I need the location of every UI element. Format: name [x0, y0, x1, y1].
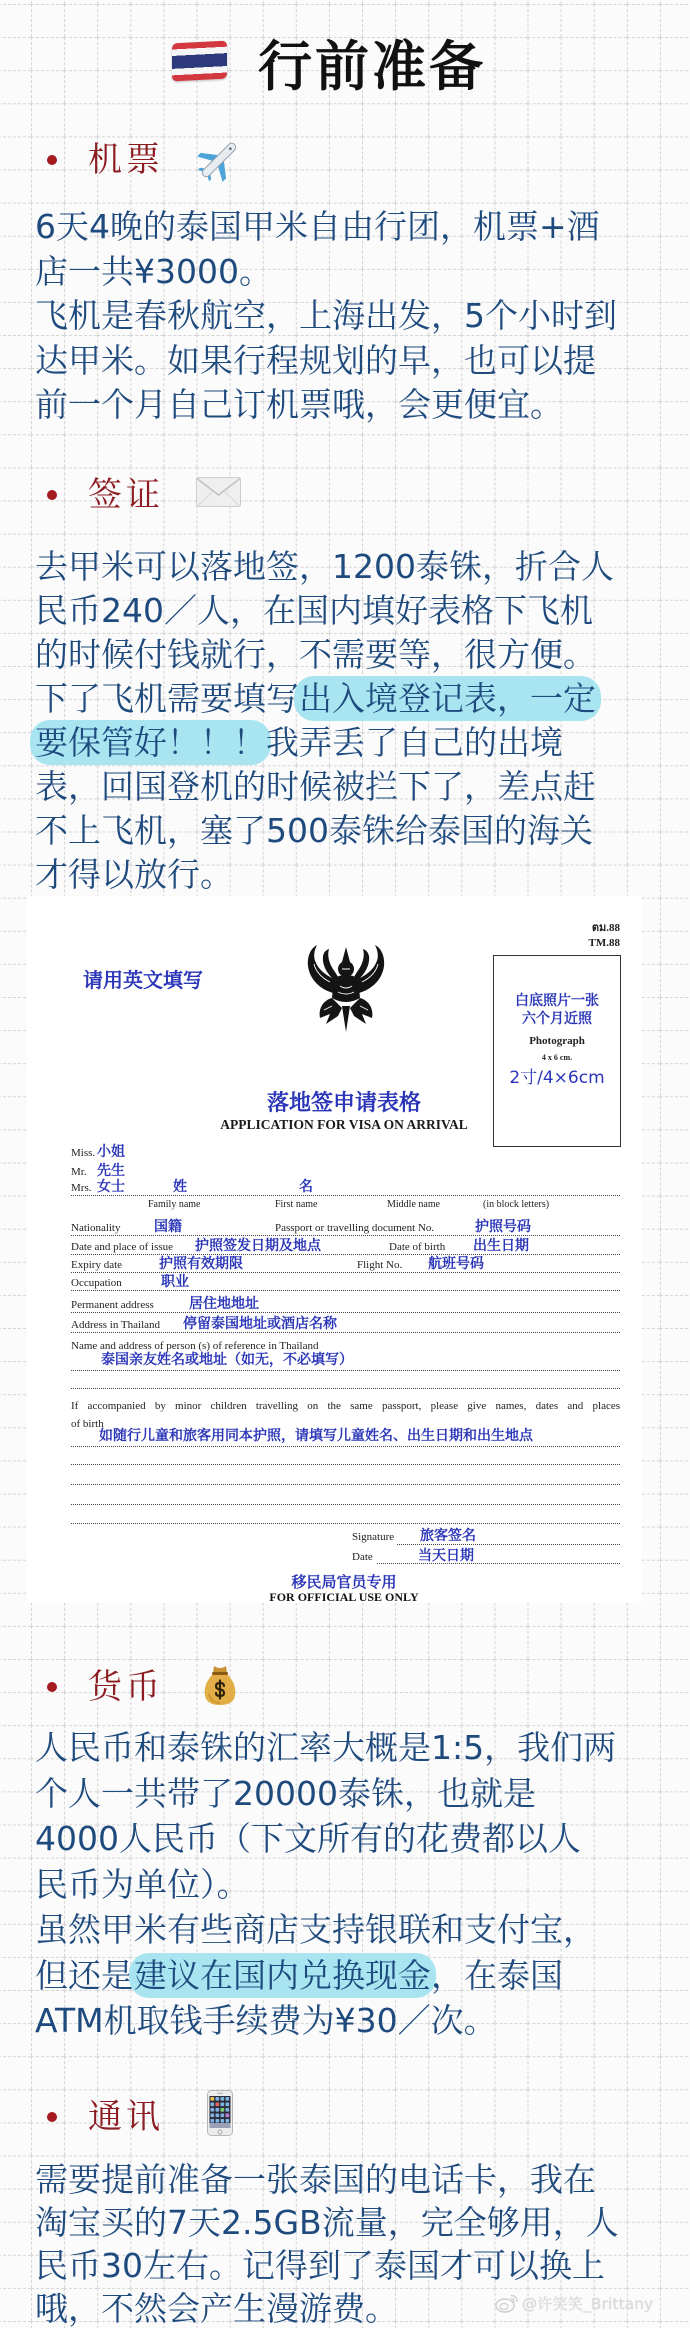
date-label: Date: [352, 1549, 373, 1565]
title-hint: 女士: [97, 1178, 125, 1196]
text-segment: 不上飞机，塞了500泰铢给泰国的海关: [35, 811, 593, 850]
form-row-issue: Date and place of issue 护照签发日期及地点 Date o…: [27, 1239, 642, 1255]
watermark-text: @许笑笑_Brittany: [522, 2293, 653, 2314]
block-letters-note: (in block letters): [483, 1198, 549, 1212]
photo-recency: 六个月近照: [494, 1010, 620, 1028]
photo-box: 白底照片一张 六个月近照 Photograph 4 x 6 cm. 2寸/4×6…: [493, 955, 621, 1147]
text-line: 民币为单位）。: [35, 1862, 616, 1908]
text-segment: 民币240／人，在国内填好表格下飞机: [35, 591, 593, 630]
bullet-dot: [47, 490, 57, 500]
section-title: 通讯: [88, 2095, 164, 2139]
form-instruction: 请用英文填写: [83, 968, 203, 992]
section-heading: 通讯: [0, 2095, 690, 2139]
form-rule: [71, 1504, 620, 1505]
nationality-hint: 国籍: [154, 1218, 182, 1236]
form-rule: [71, 1332, 620, 1333]
highlighted-text: 要保管好！！！: [30, 720, 271, 765]
highlighted-text: 建议在国内兑换现金: [129, 1953, 436, 1998]
text-segment: ，在泰国: [431, 1956, 563, 1995]
section-heading: 机票: [0, 138, 690, 182]
text-segment: 民币30左右。记得到了泰国才可以换上: [35, 2246, 605, 2285]
text-line: 不上飞机，塞了500泰铢给泰国的海关: [35, 809, 614, 853]
section-body: 6天4晚的泰国甲米自由行团，机票+酒店一共¥3000。飞机是春秋航空，上海出发，…: [35, 205, 617, 428]
section-body: 人民币和泰铢的汇率大概是1:5，我们两个人一共带了20000泰铢，也就是4000…: [35, 1725, 616, 2044]
text-segment: 人民币和泰铢的汇率大概是1:5，我们两: [35, 1728, 616, 1767]
text-line: 下了飞机需要填写出入境登记表，一定: [35, 677, 614, 721]
issue-hint: 护照签发日期及地点: [195, 1237, 321, 1255]
middle-name-label: Middle name: [387, 1198, 440, 1212]
text-segment: 淘宝买的7天2.5GB流量，完全够用，人: [35, 2203, 619, 2242]
text-line: 去甲米可以落地签，1200泰铢，折合人: [35, 545, 614, 589]
text-line: 人民币和泰铢的汇率大概是1:5，我们两: [35, 1725, 616, 1771]
first-name-hint: 名: [299, 1178, 313, 1196]
bullet-dot: [47, 155, 57, 165]
envelope-icon: [196, 477, 241, 507]
form-row-occupation: Occupation 职业: [27, 1275, 642, 1291]
form-row-reference-hint: 泰国亲友姓名或地址（如无，不必填写）: [27, 1353, 642, 1369]
text-line: 要保管好！！！我弄丢了自己的出境: [35, 721, 614, 765]
text-line: 6天4晚的泰国甲米自由行团，机票+酒: [35, 205, 617, 250]
text-segment: 去甲米可以落地签，1200泰铢，折合人: [35, 547, 614, 586]
bullet-dot: [47, 2112, 57, 2122]
official-use-chinese: 移民局官员专用: [291, 1573, 396, 1591]
text-segment: 的时候付钱就行，不需要等，很方便。: [35, 635, 596, 674]
text-segment: 下了飞机需要填写: [35, 679, 299, 718]
text-segment: 4000人民币（下文所有的花费都以人: [35, 1819, 581, 1858]
form-rule: [71, 1464, 620, 1465]
family-name-hint: 姓: [173, 1178, 187, 1196]
title-label: Mr.: [71, 1164, 87, 1180]
text-line: 飞机是春秋航空，上海出发，5个小时到: [35, 294, 617, 339]
dob-label: Date of birth: [389, 1239, 445, 1255]
highlighted-text: 出入境登记表，一定: [294, 676, 601, 721]
text-line: 民币30左右。记得到了泰国才可以换上: [35, 2244, 619, 2287]
text-segment: 6天4晚的泰国甲米自由行团，机票+酒: [35, 207, 600, 246]
text-line: 但还是建议在国内兑换现金，在泰国: [35, 1953, 616, 1999]
passport-no-label: Passport or travelling document No.: [275, 1220, 434, 1236]
text-segment: 表，回国登机的时候被拦下了，差点赶: [35, 767, 596, 806]
photo-requirement: 白底照片一张: [494, 992, 620, 1010]
text-segment: 店一共¥3000。: [35, 252, 272, 291]
form-row-name-labels: Family name First name Middle name (in b…: [27, 1198, 642, 1214]
title-hint: 小姐: [97, 1143, 125, 1161]
first-name-label: First name: [275, 1198, 318, 1212]
watermark: @许笑笑_Brittany: [495, 2292, 653, 2314]
family-name-label: Family name: [148, 1198, 201, 1212]
mobile-phone-icon: [207, 2090, 233, 2136]
text-line: ATM机取钱手续费为¥30／次。: [35, 1998, 616, 2044]
section-title: 机票: [88, 138, 164, 182]
dob-hint: 出生日期: [473, 1237, 529, 1255]
text-segment: 飞机是春秋航空，上海出发，5个小时到: [35, 296, 617, 335]
form-title-chinese: 落地签申请表格: [267, 1091, 421, 1117]
visa-application-form-image: 请用英文填写 ตม.88 TM.88 白底照片一张 六个月近照: [27, 896, 642, 1603]
bullet-dot: [47, 1682, 57, 1692]
text-segment: 我弄丢了自己的出境: [266, 723, 563, 762]
text-line: 才得以放行。: [35, 853, 614, 897]
form-rule: [71, 1195, 620, 1196]
photo-size: 4 x 6 cm.: [494, 1053, 620, 1063]
form-rule: [71, 1484, 620, 1485]
text-line: 淘宝买的7天2.5GB流量，完全够用，人: [35, 2201, 619, 2244]
expiry-label: Expiry date: [71, 1257, 122, 1273]
text-segment: 才得以放行。: [35, 855, 233, 894]
passport-no-hint: 护照号码: [475, 1218, 531, 1236]
form-rule: [71, 1235, 620, 1236]
official-use-english: FOR OFFICIAL USE ONLY: [269, 1590, 418, 1603]
form-rule: [71, 1388, 620, 1389]
address-thailand-hint: 停留泰国地址或酒店名称: [183, 1315, 337, 1333]
permanent-address-label: Permanent address: [71, 1297, 154, 1313]
flight-hint: 航班号码: [428, 1255, 484, 1273]
page-title: 行前准备: [258, 36, 486, 98]
text-segment: 哦，不然会产生漫游费。: [35, 2289, 398, 2328]
text-line: 需要提前准备一张泰国的电话卡，我在: [35, 2158, 619, 2201]
title-label: Mrs.: [71, 1180, 91, 1196]
form-row-children-hint: 如随行儿童和旅客用同本护照，请填写儿童姓名、出生日期和出生地点: [27, 1429, 642, 1445]
form-row-address-thailand: Address in Thailand 停留泰国地址或酒店名称: [27, 1317, 642, 1333]
form-row-permanent-address: Permanent address 居住地地址: [27, 1297, 642, 1313]
weibo-icon: [495, 2293, 519, 2313]
section-body: 去甲米可以落地签，1200泰铢，折合人民币240／人，在国内填好表格下飞机的时候…: [35, 545, 614, 897]
text-line: 达甲米。如果行程规划的早，也可以提: [35, 339, 617, 384]
flight-label: Flight No.: [357, 1257, 402, 1273]
title-label: Miss.: [71, 1145, 95, 1161]
reference-hint: 泰国亲友姓名或地址（如无，不必填写）: [101, 1351, 353, 1369]
form-row-nationality: Nationality 国籍 Passport or travelling do…: [27, 1220, 642, 1236]
text-line: 虽然甲米有些商店支持银联和支付宝，: [35, 1907, 616, 1953]
form-row-signature: Signature 旅客签名: [27, 1529, 642, 1545]
garuda-emblem-icon: [302, 942, 390, 1032]
text-line: 表，回国登机的时候被拦下了，差点赶: [35, 765, 614, 809]
text-line: 前一个月自己订机票哦，会更便宜。: [35, 383, 617, 428]
section-heading: 签证: [0, 473, 690, 517]
page: 行前准备 机票 6天4晚的泰国甲米自由行团，机票+酒店一共¥3000。飞机是春秋…: [0, 0, 690, 2328]
form-rule: [71, 1370, 620, 1371]
form-row-expiry: Expiry date 护照有效期限 Flight No. 航班号码: [27, 1257, 642, 1273]
signature-hint: 旅客签名: [420, 1527, 476, 1545]
permanent-address-hint: 居住地地址: [189, 1295, 259, 1313]
address-thailand-label: Address in Thailand: [71, 1317, 160, 1333]
children-label: If accompanied by minor children travell…: [71, 1398, 620, 1414]
text-segment: 个人一共带了20000泰铢，也就是: [35, 1774, 536, 1813]
form-rule: [71, 1272, 620, 1273]
airplane-icon: [197, 137, 241, 183]
text-segment: 达甲米。如果行程规划的早，也可以提: [35, 341, 596, 380]
nationality-label: Nationality: [71, 1220, 121, 1236]
thailand-flag-icon: [172, 41, 227, 82]
form-rule: [71, 1290, 620, 1291]
form-rule: [377, 1563, 620, 1564]
money-bag-icon: [203, 1664, 237, 1706]
section-title: 签证: [88, 473, 164, 517]
form-code-thai: ตม.88: [592, 921, 620, 935]
form-row-mrs-name: Mrs. 女士 姓 名: [27, 1180, 642, 1196]
text-line: 4000人民币（下文所有的花费都以人: [35, 1816, 616, 1862]
occupation-hint: 职业: [161, 1273, 189, 1291]
text-segment: 虽然甲米有些商店支持银联和支付宝，: [35, 1910, 596, 1949]
occupation-label: Occupation: [71, 1275, 122, 1291]
text-line: 店一共¥3000。: [35, 250, 617, 295]
photo-size-note: 2寸/4×6cm: [494, 1068, 620, 1088]
form-row-miss: Miss. 小姐: [27, 1145, 642, 1161]
form-rule: [71, 1523, 620, 1524]
form-rule: [71, 1446, 620, 1447]
section-title: 货币: [88, 1665, 164, 1709]
photo-label: Photograph: [494, 1034, 620, 1048]
form-title-english: APPLICATION FOR VISA ON ARRIVAL: [220, 1117, 468, 1133]
expiry-hint: 护照有效期限: [159, 1255, 243, 1273]
form-rule: [397, 1544, 620, 1545]
section-heading: 货币: [0, 1665, 690, 1709]
text-line: 个人一共带了20000泰铢，也就是: [35, 1771, 616, 1817]
text-segment: 但还是: [35, 1956, 134, 1995]
text-line: 的时候付钱就行，不需要等，很方便。: [35, 633, 614, 677]
children-hint: 如随行儿童和旅客用同本护照，请填写儿童姓名、出生日期和出生地点: [99, 1427, 533, 1445]
signature-label: Signature: [352, 1529, 394, 1545]
text-segment: 前一个月自己订机票哦，会更便宜。: [35, 385, 563, 424]
form-rule: [71, 1312, 620, 1313]
form-rule: [71, 1254, 620, 1255]
text-line: 民币240／人，在国内填好表格下飞机: [35, 589, 614, 633]
text-segment: ATM机取钱手续费为¥30／次。: [35, 2001, 497, 2040]
issue-label: Date and place of issue: [71, 1239, 173, 1255]
form-code-tm: TM.88: [589, 936, 620, 950]
text-segment: 民币为单位）。: [35, 1865, 250, 1904]
text-segment: 需要提前准备一张泰国的电话卡，我在: [35, 2160, 596, 2199]
